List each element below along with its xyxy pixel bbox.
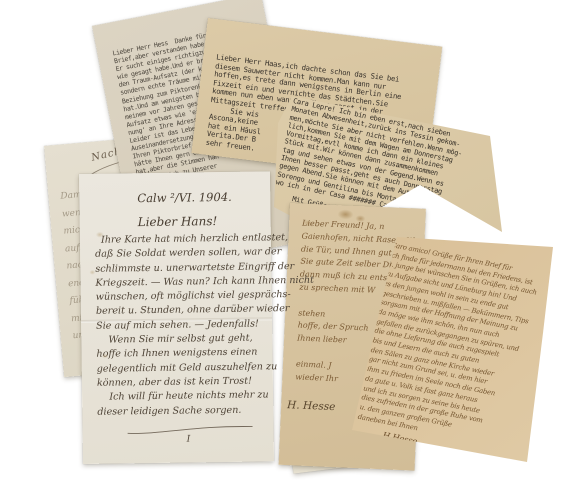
page-number: I: [187, 434, 191, 444]
text-line: dieser leidigen Sache sorgen.: [97, 402, 316, 419]
letter-e-body: Ihre Karte hat mich herzlich entlastet,d…: [95, 231, 316, 420]
text-line: bereit u. Stunden, ohne darüber wieder: [96, 302, 315, 319]
letter-sheet-e: Calw ²/VI. 1904. Lieber Hans! Ihre Karte…: [79, 171, 274, 464]
photograph-of-letters: Nachschrift Damitwennmich waufzufrnach L…: [0, 0, 570, 504]
letter-e-salutation: Lieber Hans!: [138, 214, 218, 229]
stain: [337, 209, 353, 220]
letter-e-date: Calw ²/VI. 1904.: [137, 190, 232, 205]
